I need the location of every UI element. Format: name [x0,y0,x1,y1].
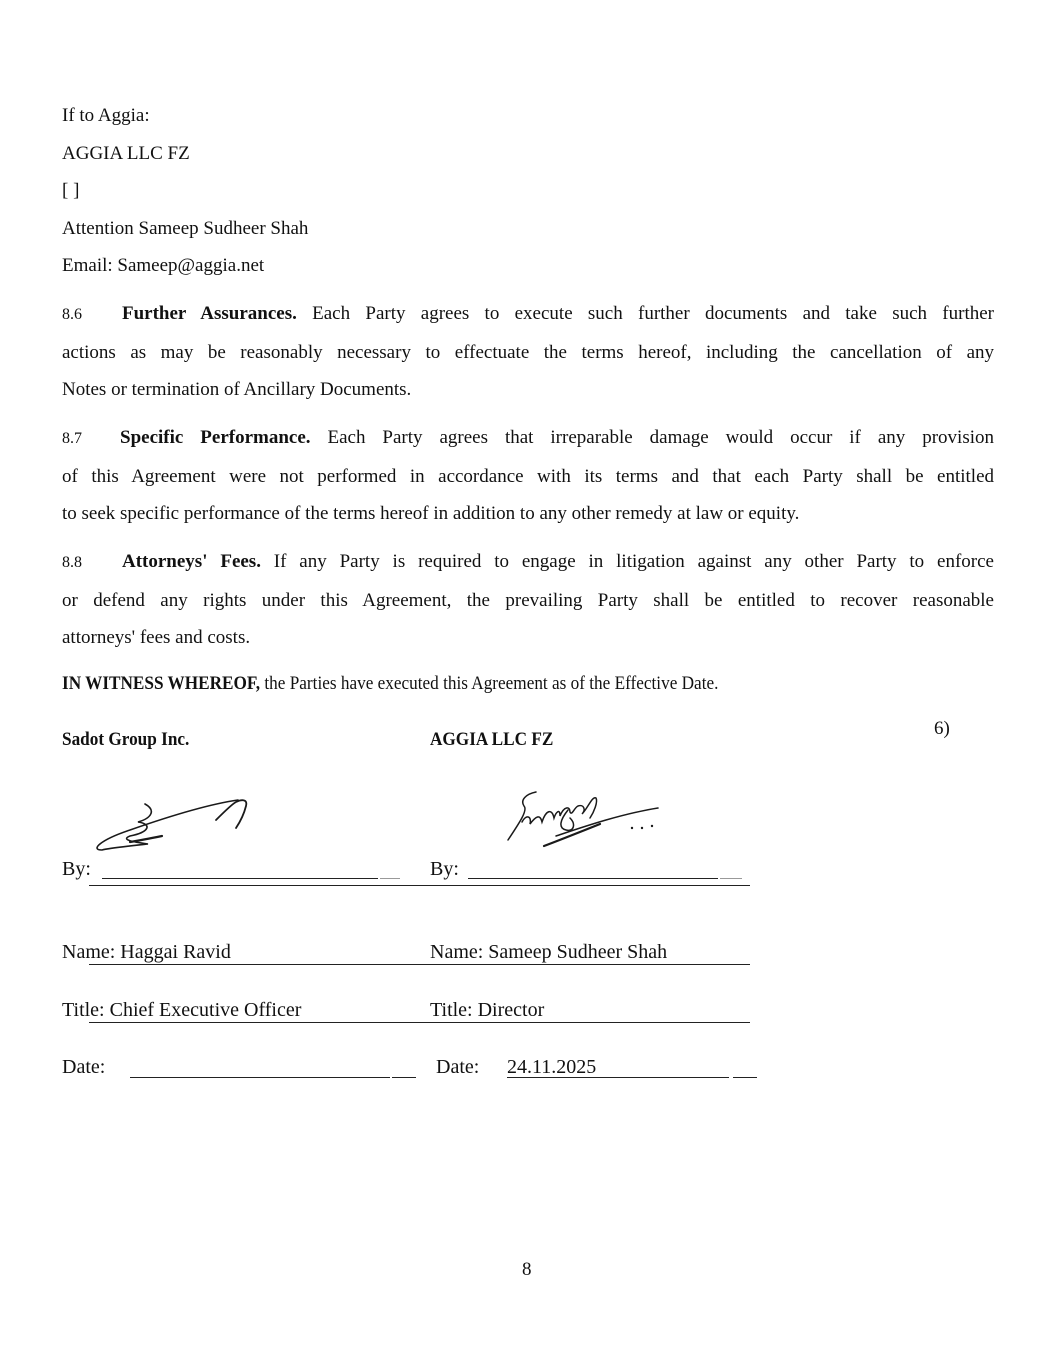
section-text: Each Party agrees to execute such furthe… [297,303,994,324]
name-underline [420,964,750,965]
signature-line [102,878,378,879]
signature-underline [420,885,750,886]
section-8-6: 8.6Further Assurances. Each Party agrees… [62,295,994,409]
section-text: Each Party agrees that irreparable damag… [311,427,994,448]
date-line-tail [392,1077,416,1078]
signatory-name: Name: Haggai Ravid [62,941,231,964]
notice-company-name: AGGIA LLC FZ [62,143,190,165]
signature-underline [89,885,434,886]
signatory-title: Title: Chief Executive Officer [62,999,301,1022]
date-line [507,1077,729,1078]
by-label: By: [62,858,91,881]
section-text: attorneys' fees and costs. [62,619,994,657]
witness-text: the Parties have executed this Agreement… [260,674,718,694]
by-label: By: [430,858,459,881]
party-name-aggia: AGGIA LLC FZ [430,730,553,751]
notice-recipient-label: If to Aggia: [62,105,150,127]
date-label: Date: [436,1056,479,1079]
date-line-tail [733,1077,757,1078]
signature-sameep-sudheer-shah [500,788,670,858]
section-8-7: 8.7Specific Performance. Each Party agre… [62,419,994,533]
date-value: 24.11.2025 [507,1056,596,1079]
party-name-sadot: Sadot Group Inc. [62,730,189,751]
signatory-title: Title: Director [430,999,544,1022]
section-text: to seek specific performance of the term… [62,495,994,533]
signature-line-tail [720,878,742,879]
notice-email: Email: Sameep@aggia.net [62,255,264,277]
notice-address-placeholder: [ ] [62,180,79,202]
signature-haggai-ravid [90,792,260,862]
signature-line [468,878,718,879]
section-text: Notes or termination of Ancillary Docume… [62,371,994,409]
date-label: Date: [62,1056,105,1079]
section-text: or defend any rights under this Agreemen… [62,582,994,620]
section-number: 8.6 [62,296,122,334]
title-underline [89,1022,434,1023]
signatory-name: Name: Sameep Sudheer Shah [430,941,667,964]
witness-clause: IN WITNESS WHEREOF, the Parties have exe… [62,674,718,695]
date-line [130,1077,390,1078]
notice-attention: Attention Sameep Sudheer Shah [62,218,308,240]
witness-heading: IN WITNESS WHEREOF, [62,674,260,694]
section-heading: Specific Performance. [120,427,311,448]
section-8-8: 8.8Attorneys' Fees. If any Party is requ… [62,543,994,657]
section-number: 8.7 [62,420,120,458]
section-heading: Further Assurances. [122,303,297,324]
title-underline [420,1022,750,1023]
name-underline [89,964,434,965]
section-heading: Attorneys' Fees. [122,551,261,572]
section-text: If any Party is required to engage in li… [261,551,994,572]
section-number: 8.8 [62,544,122,582]
marginal-note: 6) [934,718,950,740]
section-text: actions as may be reasonably necessary t… [62,334,994,372]
signature-line-tail [380,878,400,879]
page-number: 8 [522,1259,532,1281]
section-text: of this Agreement were not performed in … [62,458,994,496]
